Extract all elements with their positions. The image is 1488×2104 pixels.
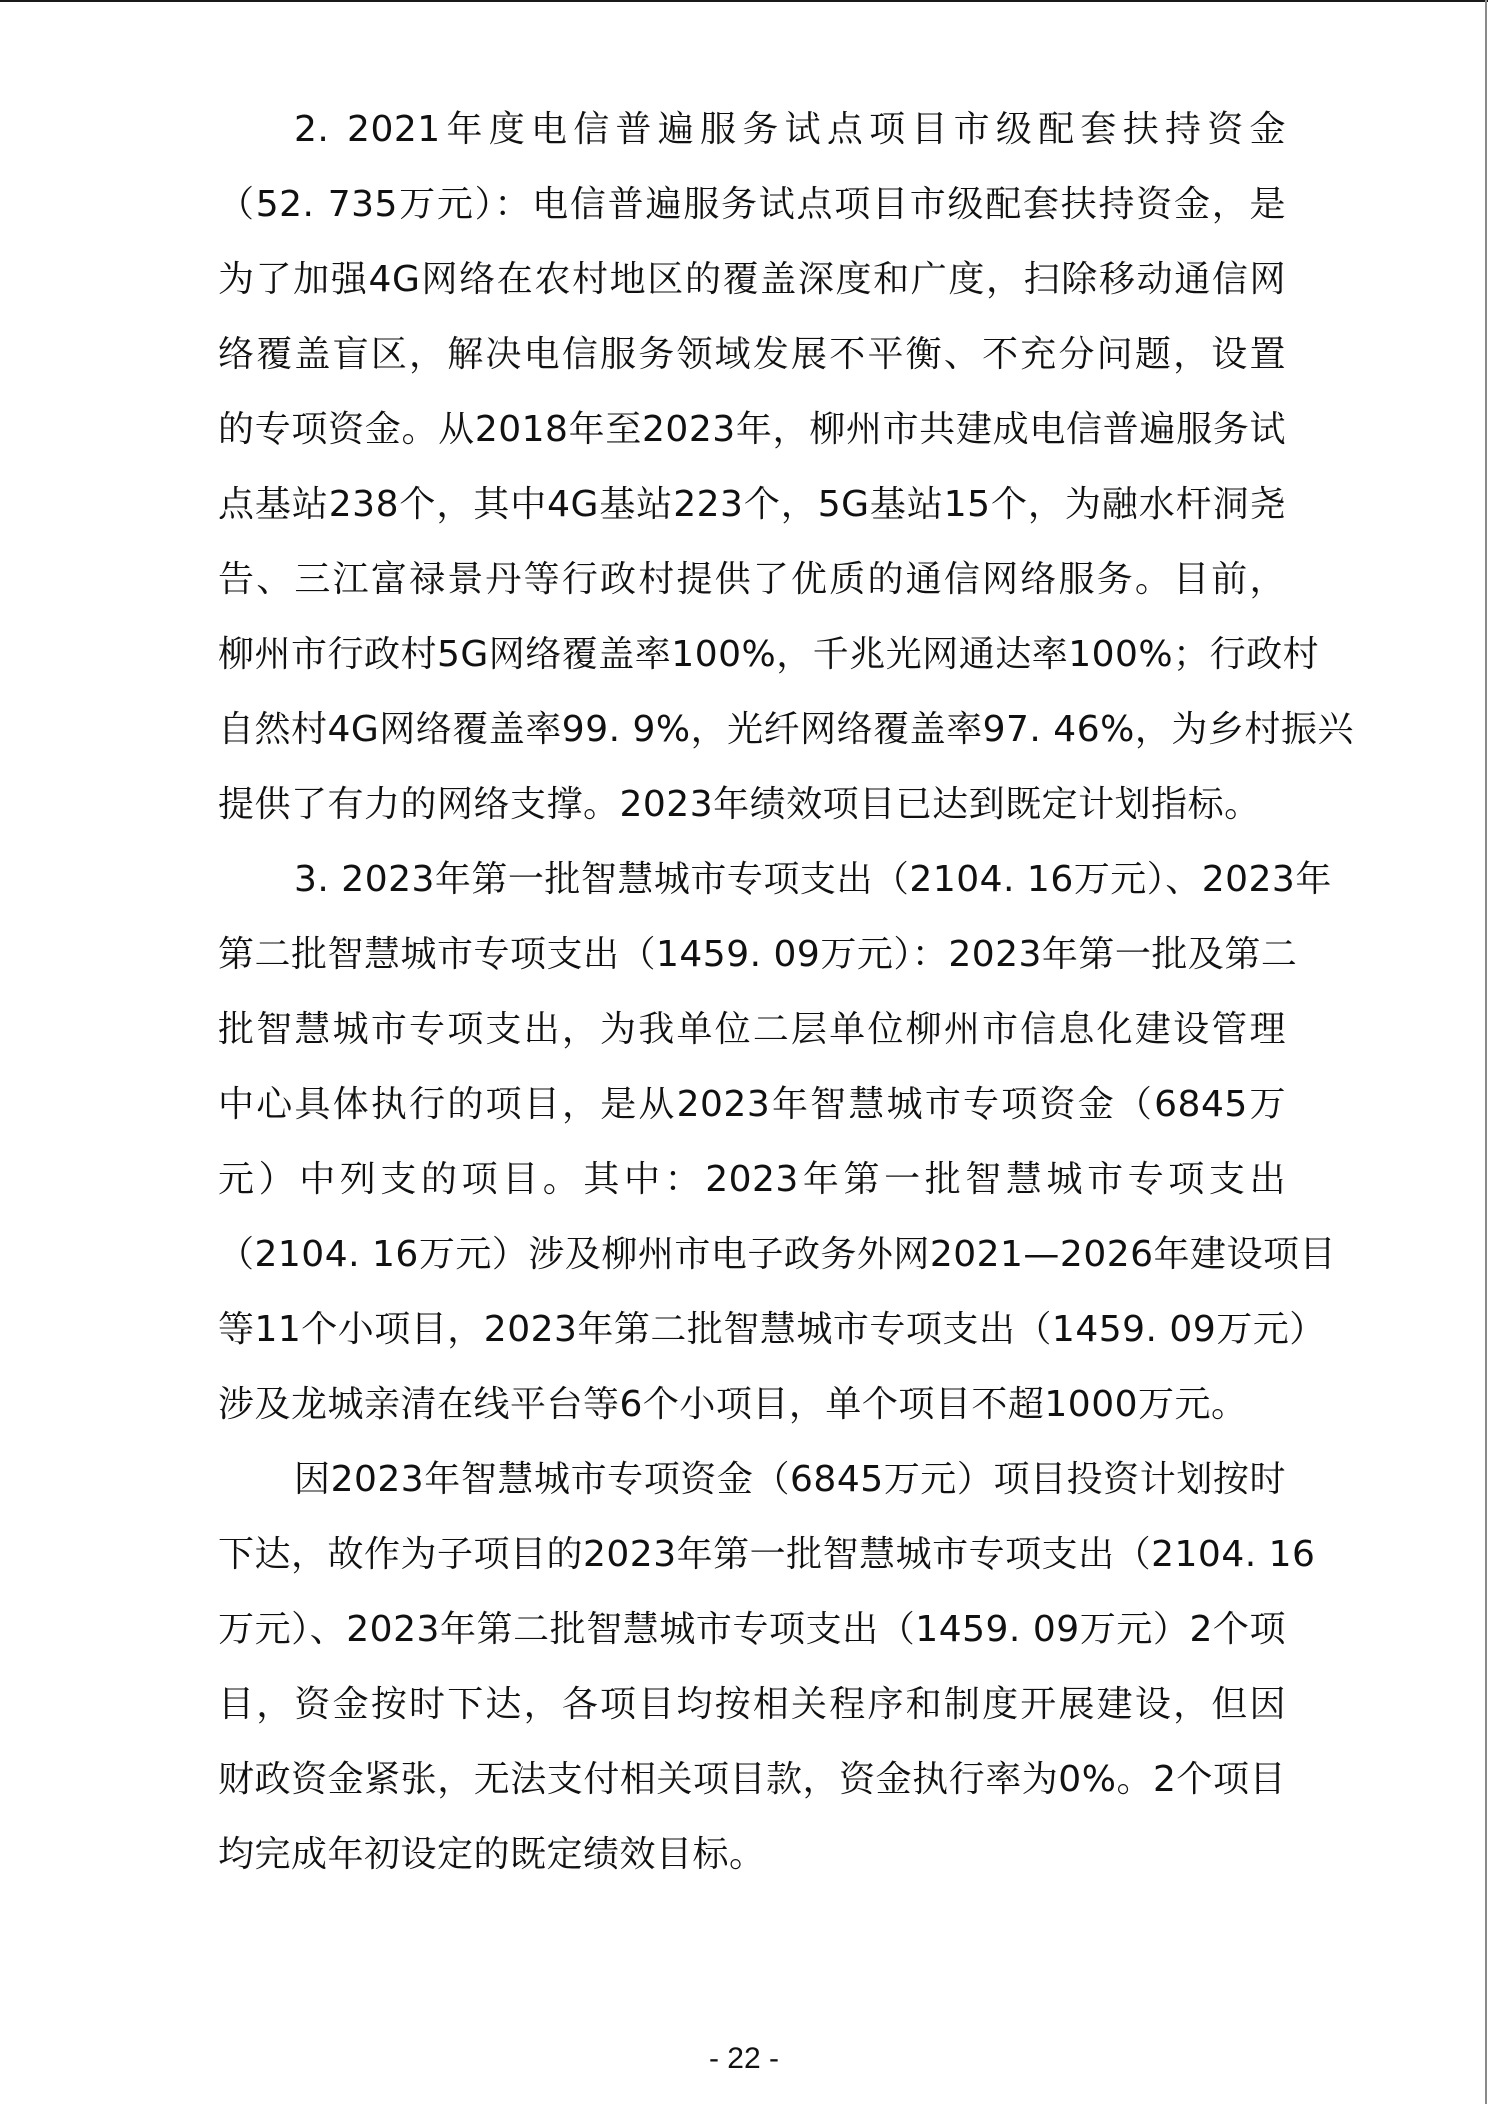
paragraph-line: （52. 735万元）：电信普遍服务试点项目市级配套扶持资金，是 xyxy=(218,175,1286,250)
paragraph-line: 点基站238个，其中4G基站223个，5G基站15个，为融水杆洞尧 xyxy=(218,475,1286,550)
paragraph-line: 元）中列支的项目。其中：2023年第一批智慧城市专项支出 xyxy=(218,1150,1286,1225)
page-top-border xyxy=(0,0,1488,2)
paragraph-line: 均完成年初设定的既定绩效目标。 xyxy=(218,1825,1286,1900)
paragraph-item-3-explanation: 因2023年智慧城市专项资金（6845万元）项目投资计划按时 下达，故作为子项目… xyxy=(218,1450,1286,1900)
paragraph-line: 涉及龙城亲清在线平台等6个小项目，单个项目不超1000万元。 xyxy=(218,1375,1286,1450)
paragraph-line: 2. 2021年度电信普遍服务试点项目市级配套扶持资金 xyxy=(218,100,1286,175)
paragraph-line: 提供了有力的网络支撑。2023年绩效项目已达到既定计划指标。 xyxy=(218,775,1286,850)
paragraph-line: 因2023年智慧城市专项资金（6845万元）项目投资计划按时 xyxy=(218,1450,1286,1525)
paragraph-item-2: 2. 2021年度电信普遍服务试点项目市级配套扶持资金 （52. 735万元）：… xyxy=(218,100,1286,850)
paragraph-line: 等11个小项目，2023年第二批智慧城市专项支出（1459. 09万元） xyxy=(218,1300,1286,1375)
paragraph-line: （2104. 16万元）涉及柳州市电子政务外网2021—2026年建设项目 xyxy=(218,1225,1286,1300)
paragraph-line: 为了加强4G网络在农村地区的覆盖深度和广度，扫除移动通信网 xyxy=(218,250,1286,325)
document-body: 2. 2021年度电信普遍服务试点项目市级配套扶持资金 （52. 735万元）：… xyxy=(218,100,1286,1900)
paragraph-line: 批智慧城市专项支出，为我单位二层单位柳州市信息化建设管理 xyxy=(218,1000,1286,1075)
paragraph-line: 第二批智慧城市专项支出（1459. 09万元）：2023年第一批及第二 xyxy=(218,925,1286,1000)
paragraph-line: 财政资金紧张，无法支付相关项目款，资金执行率为0%。2个项目 xyxy=(218,1750,1286,1825)
paragraph-line: 告、三江富禄景丹等行政村提供了优质的通信网络服务。目前， xyxy=(218,550,1286,625)
paragraph-line: 目，资金按时下达，各项目均按相关程序和制度开展建设，但因 xyxy=(218,1675,1286,1750)
paragraph-line: 万元）、2023年第二批智慧城市专项支出（1459. 09万元）2个项 xyxy=(218,1600,1286,1675)
page-right-border xyxy=(1485,0,1487,2104)
paragraph-line: 柳州市行政村5G网络覆盖率100%，千兆光网通达率100%；行政村 xyxy=(218,625,1286,700)
paragraph-line: 中心具体执行的项目，是从2023年智慧城市专项资金（6845万 xyxy=(218,1075,1286,1150)
paragraph-line: 3. 2023年第一批智慧城市专项支出（2104. 16万元）、2023年 xyxy=(218,850,1286,925)
paragraph-line: 下达，故作为子项目的2023年第一批智慧城市专项支出（2104. 16 xyxy=(218,1525,1286,1600)
paragraph-line: 的专项资金。从2018年至2023年，柳州市共建成电信普遍服务试 xyxy=(218,400,1286,475)
paragraph-line: 络覆盖盲区，解决电信服务领域发展不平衡、不充分问题，设置 xyxy=(218,325,1286,400)
page-number: - 22 - xyxy=(0,2042,1488,2076)
paragraph-item-3: 3. 2023年第一批智慧城市专项支出（2104. 16万元）、2023年 第二… xyxy=(218,850,1286,1450)
paragraph-line: 自然村4G网络覆盖率99. 9%，光纤网络覆盖率97. 46%，为乡村振兴 xyxy=(218,700,1286,775)
